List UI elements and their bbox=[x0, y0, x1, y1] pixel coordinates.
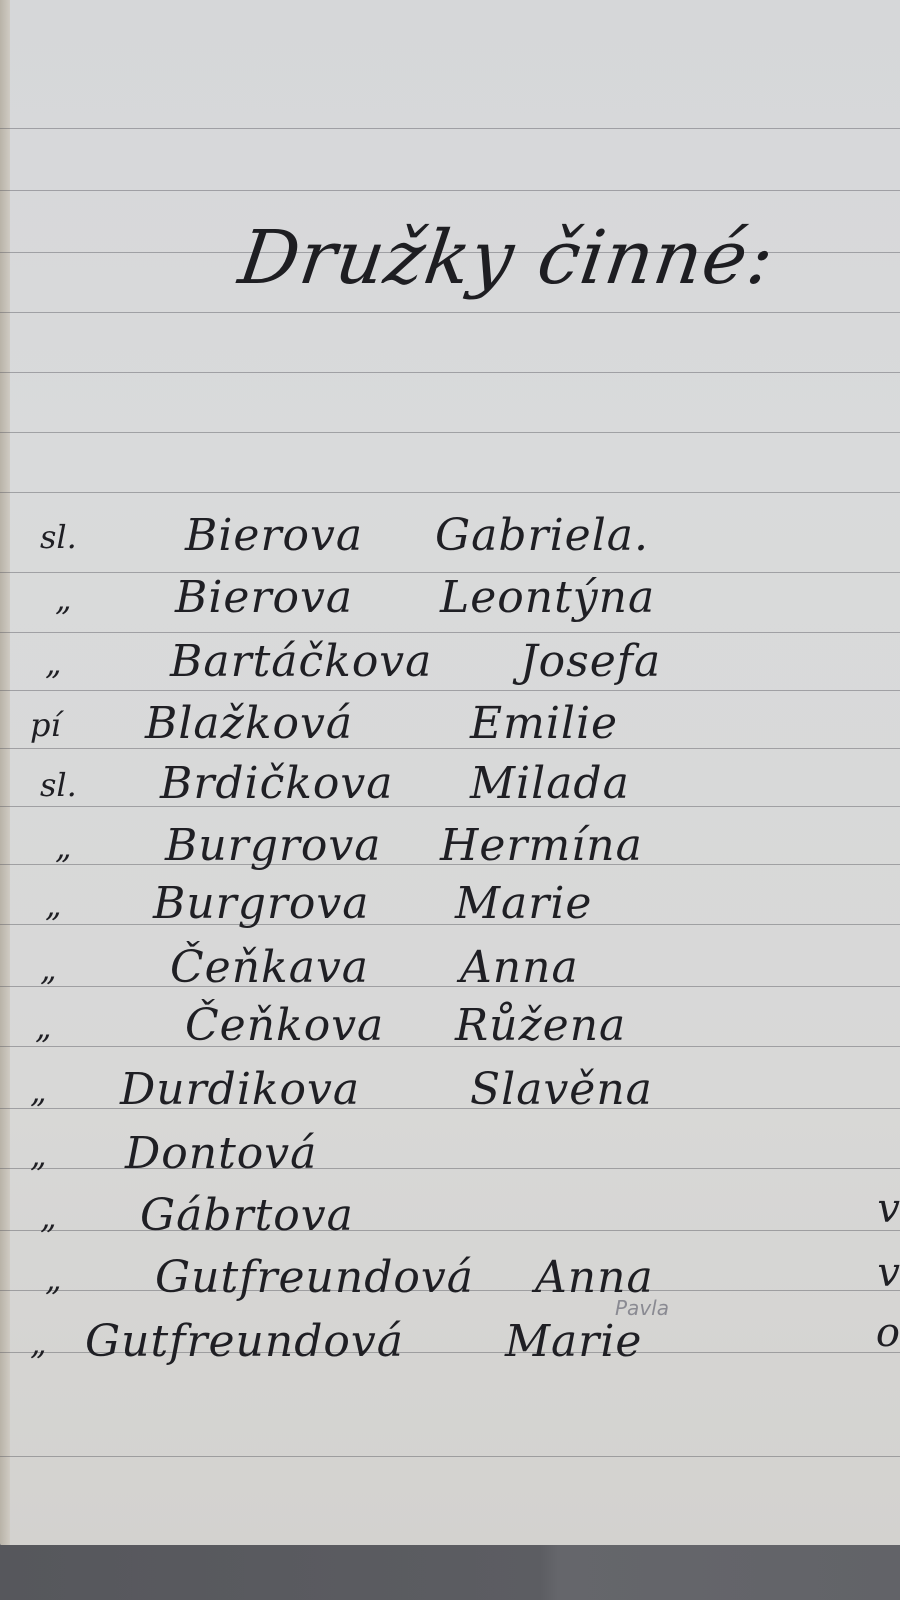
entry-surname: Čeňkava bbox=[170, 942, 369, 993]
list-item: „ Dontová bbox=[30, 1128, 730, 1182]
ruled-line bbox=[0, 312, 900, 313]
entry-surname: Durdikova bbox=[120, 1064, 360, 1115]
entry-prefix: sl. bbox=[40, 518, 77, 556]
entry-surname: Bierova bbox=[175, 572, 353, 623]
table-surface bbox=[0, 1545, 900, 1600]
entry-given-name: Anna bbox=[460, 942, 579, 993]
page-title: Družky činné: bbox=[234, 215, 780, 301]
ruled-line bbox=[0, 128, 900, 129]
entry-surname: Gutfreundová bbox=[155, 1252, 474, 1303]
entry-surname: Bierova bbox=[185, 510, 363, 561]
entry-prefix: „ bbox=[40, 950, 57, 988]
list-item: sl. Bierova Gabriela. bbox=[40, 510, 740, 564]
list-item: „ Bartáčkova Josefa bbox=[45, 636, 745, 690]
list-item: „ Bierova Leontýna bbox=[55, 572, 755, 626]
entry-prefix: „ bbox=[45, 1260, 62, 1298]
entry-prefix: pí bbox=[30, 706, 61, 744]
entry-given-name: Slavěna bbox=[470, 1064, 653, 1115]
entry-prefix: „ bbox=[45, 644, 62, 682]
pencil-annotation: Pavla bbox=[615, 1296, 669, 1320]
list-item: „ Čeňkova Růžena bbox=[35, 1000, 735, 1054]
entry-prefix: „ bbox=[45, 886, 62, 924]
ruled-line bbox=[0, 632, 900, 633]
ruled-line bbox=[0, 372, 900, 373]
list-item: „ Čeňkava Anna bbox=[40, 942, 740, 996]
entry-given-name: Růžena bbox=[455, 1000, 626, 1051]
entry-given-name: Marie bbox=[455, 878, 592, 929]
ruled-line bbox=[0, 1456, 900, 1457]
list-item: „ Gutfreundová Marie bbox=[30, 1316, 750, 1370]
entry-prefix: „ bbox=[55, 580, 72, 618]
list-item: „ Burgrova Hermína bbox=[55, 820, 755, 874]
ruled-line bbox=[0, 190, 900, 191]
entry-surname: Čeňkova bbox=[185, 1000, 384, 1051]
entry-prefix: „ bbox=[30, 1072, 47, 1110]
entry-prefix: „ bbox=[30, 1324, 47, 1362]
entry-given-name: Leontýna bbox=[440, 572, 655, 623]
page-edge bbox=[0, 0, 10, 1548]
entry-prefix: „ bbox=[40, 1198, 57, 1236]
entry-surname: Dontová bbox=[125, 1128, 317, 1179]
entry-surname: Gábrtova bbox=[140, 1190, 354, 1241]
entry-prefix: „ bbox=[55, 828, 72, 866]
list-item: „ Durdikova Slavěna bbox=[30, 1064, 750, 1118]
entry-surname: Gutfreundová bbox=[85, 1316, 404, 1367]
entry-given-name: Emilie bbox=[470, 698, 618, 749]
entry-given-name: Milada bbox=[470, 758, 630, 809]
ruled-line bbox=[0, 690, 900, 691]
entry-prefix: sl. bbox=[40, 766, 77, 804]
list-item: sl. Brdičkova Milada bbox=[40, 758, 740, 812]
ruled-line bbox=[0, 432, 900, 433]
entry-given-name: Marie bbox=[505, 1316, 642, 1367]
entry-given-name: Josefa bbox=[520, 636, 661, 687]
entry-surname: Burgrova bbox=[165, 820, 381, 871]
entry-surname: Burgrova bbox=[153, 878, 369, 929]
list-item: „ Burgrova Marie bbox=[45, 878, 745, 932]
margin-fragment: v bbox=[877, 1186, 900, 1232]
entry-prefix: „ bbox=[30, 1136, 47, 1174]
entry-surname: Brdičkova bbox=[160, 758, 394, 809]
list-item: „ Gábrtova bbox=[40, 1190, 740, 1244]
entry-given-name: Gabriela. bbox=[435, 510, 649, 561]
entry-surname: Blažková bbox=[145, 698, 353, 749]
list-item: pí Blažková Emilie bbox=[30, 698, 730, 752]
entry-surname: Bartáčkova bbox=[170, 636, 432, 687]
entry-prefix: „ bbox=[35, 1008, 52, 1046]
ledger-page: Družky činné: sl. Bierova Gabriela. „ Bi… bbox=[0, 0, 900, 1548]
margin-fragment: o bbox=[876, 1310, 900, 1356]
ruled-line bbox=[0, 492, 900, 493]
margin-fragment: v bbox=[877, 1250, 900, 1296]
entry-given-name: Hermína bbox=[440, 820, 643, 871]
